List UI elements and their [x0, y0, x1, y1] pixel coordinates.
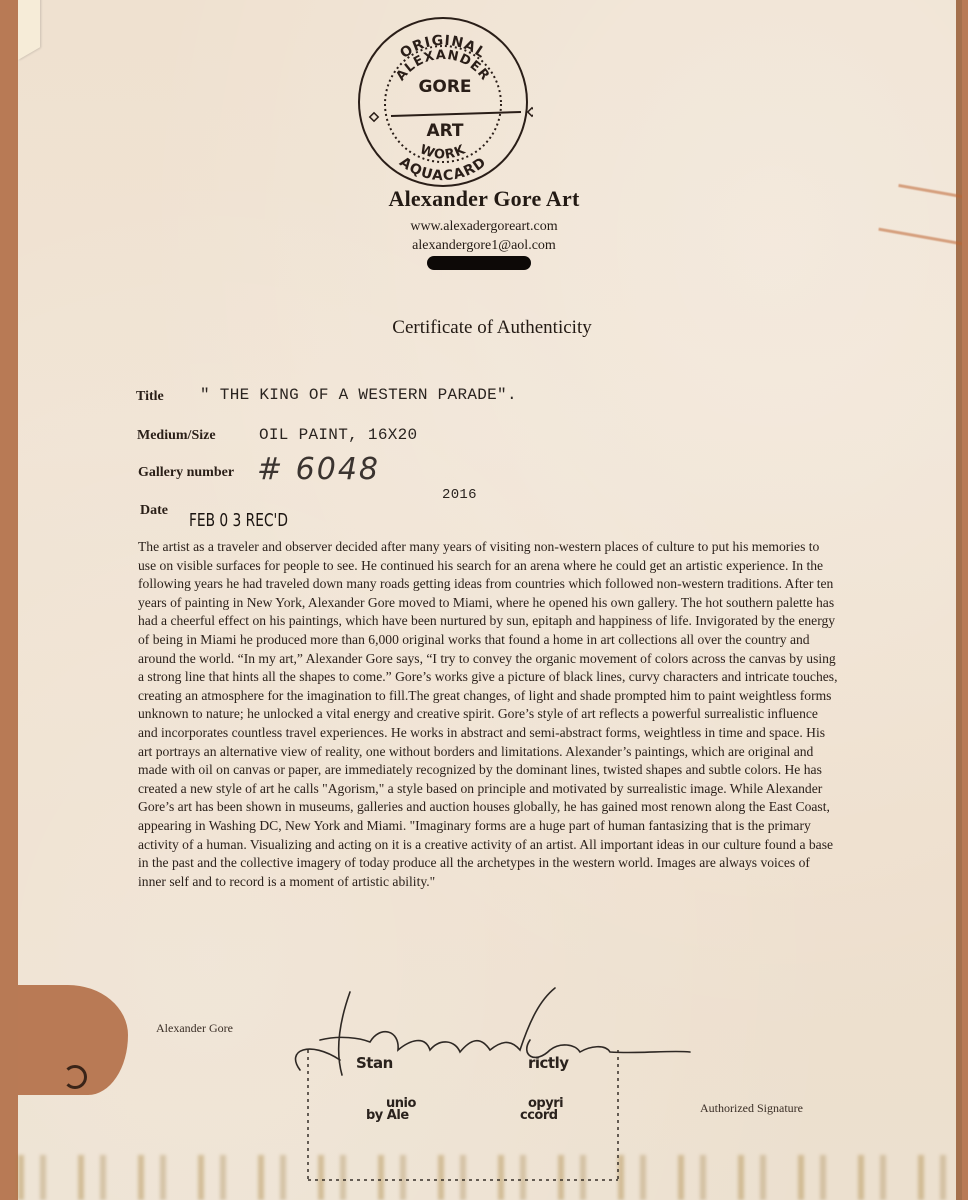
printed-artist-name: Alexander Gore	[156, 1021, 233, 1036]
paper-edge	[956, 0, 962, 1200]
seal-fragment: ccord	[520, 1108, 558, 1123]
seal-fragment: by Ale	[366, 1108, 409, 1123]
svg-text:WORK: WORK	[418, 142, 469, 163]
received-date-stamp: FEB 0 3 REC'D	[189, 510, 288, 531]
email-link[interactable]: alexandergore1@aol.com	[0, 238, 968, 254]
folded-corner	[18, 0, 40, 60]
date-label: Date	[140, 503, 168, 519]
authorized-signature-label: Authorized Signature	[700, 1101, 803, 1116]
date-year: 2016	[442, 487, 477, 503]
svg-text:ART: ART	[426, 121, 463, 141]
brand-name: Alexander Gore Art	[0, 186, 968, 212]
certificate-title: Certificate of Authenticity	[0, 317, 968, 339]
title-label: Title	[136, 389, 164, 405]
svg-text:GORE: GORE	[418, 77, 471, 97]
medium-value: OIL PAINT, 16X20	[259, 426, 417, 444]
gallery-number-label: Gallery number	[138, 465, 234, 481]
gallery-number-value: # 6048	[257, 452, 380, 487]
website-link[interactable]: www.alexadergoreart.com	[0, 219, 968, 235]
torn-hole	[63, 1065, 87, 1089]
title-value: " THE KING OF A WESTERN PARADE".	[200, 386, 517, 404]
artist-biography: The artist as a traveler and observer de…	[138, 538, 838, 891]
original-artwork-stamp: ORIGINAL ALEXANDER GORE ART WORK AQUACAR…	[353, 12, 533, 192]
artist-signature	[280, 980, 700, 1090]
medium-label: Medium/Size	[137, 428, 216, 444]
redacted-phone	[427, 256, 531, 270]
